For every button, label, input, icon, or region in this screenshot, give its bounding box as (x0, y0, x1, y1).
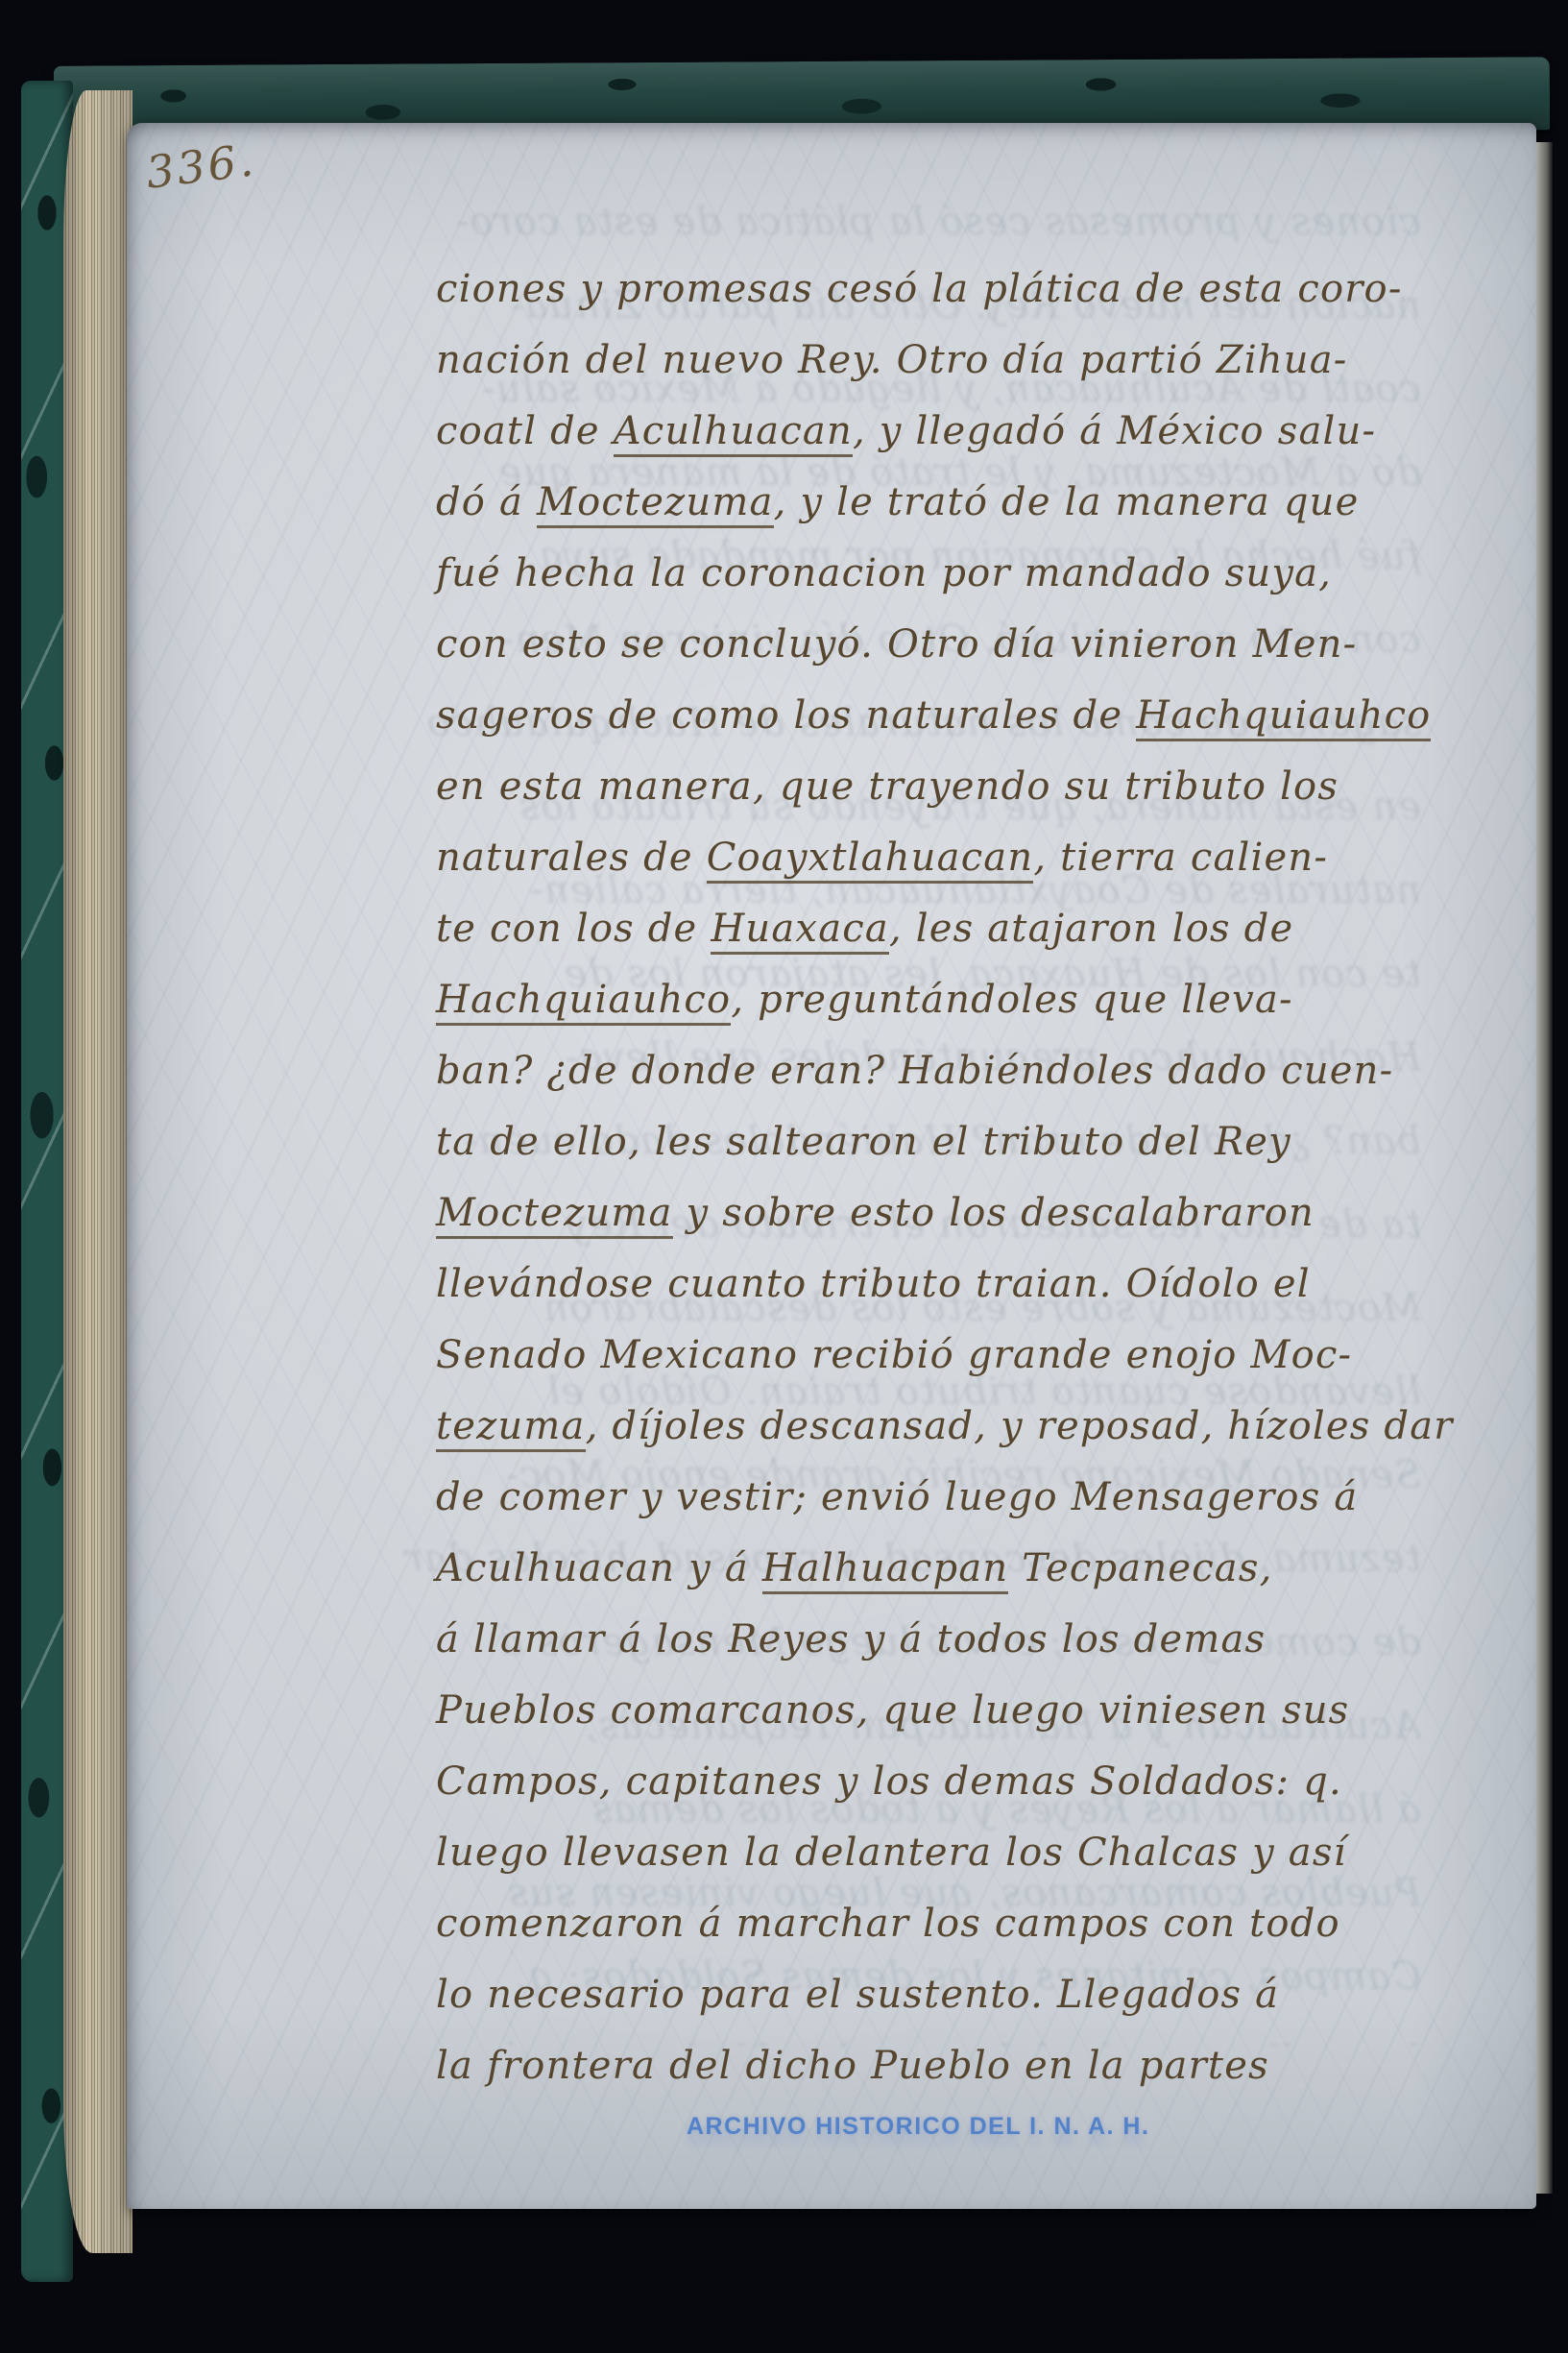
manuscript-line: ta de ello, les saltearon el tributo del… (436, 1106, 1550, 1177)
manuscript-line: con esto se concluyó. Otro día vinieron … (436, 609, 1550, 680)
manuscript-line: lo necesario para el sustento. Llegados … (436, 1959, 1550, 2030)
manuscript-line: la frontera del dicho Pueblo en la parte… (436, 2030, 1550, 2101)
page-fore-edge-right (1536, 142, 1553, 2194)
underlined-word: Hachquiauhco (436, 978, 731, 1026)
underlined-word: Aculhuacan (614, 409, 853, 457)
manuscript-line: te con los de Huaxaca, les atajaron los … (436, 893, 1550, 964)
manuscript-line: Pueblos comarcanos, que luego viniesen s… (436, 1675, 1550, 1746)
manuscript-line: sageros de como los naturales de Hachqui… (436, 680, 1550, 751)
manuscript-line: comenzaron á marchar los campos con todo (436, 1888, 1550, 1959)
manuscript-line: Aculhuacan y á Halhuacpan Tecpanecas, (436, 1533, 1550, 1604)
manuscript-line: luego llevasen la delantera los Chalcas … (436, 1817, 1550, 1888)
manuscript-line: naturales de Coayxtlahuacan, tierra cali… (436, 822, 1550, 893)
manuscript-page: ciones y promesas cesó la plática de est… (127, 123, 1536, 2209)
manuscript-line: fué hecha la coronacion por mandado suya… (436, 538, 1550, 609)
manuscript-line: Senado Mexicano recibió grande enojo Moc… (436, 1320, 1550, 1391)
stacked-page-edges (63, 90, 133, 2253)
manuscript-line: de comer y vestir; envió luego Mensagero… (436, 1462, 1550, 1533)
underlined-word: Halhuacpan (762, 1546, 1009, 1594)
page-number: 336. (143, 133, 258, 199)
underlined-word: Hachquiauhco (1136, 693, 1431, 741)
manuscript-line: Moctezuma y sobre esto los descalabraron (436, 1177, 1550, 1249)
manuscript-line: tezuma, díjoles descansad, y reposad, hí… (436, 1391, 1550, 1462)
underlined-word: tezuma (436, 1404, 586, 1452)
manuscript-line: llevándose cuanto tributo traian. Oídolo… (436, 1249, 1550, 1320)
manuscript-line: ban? ¿de donde eran? Habiéndoles dado cu… (436, 1035, 1550, 1106)
underlined-word: Coayxtlahuacan (707, 836, 1034, 884)
photo-backdrop: { "document": { "page_number": "336.", "… (0, 0, 1568, 2353)
manuscript-line: nación del nuevo Rey. Otro día partió Zi… (436, 325, 1550, 396)
manuscript-text: ciones y promesas cesó la plática de est… (436, 254, 1550, 2101)
underlined-word: Moctezuma (537, 480, 774, 528)
underlined-word: Moctezuma (436, 1191, 673, 1239)
underlined-word: Huaxaca (711, 907, 889, 955)
manuscript-line: coatl de Aculhuacan, y llegadó á México … (436, 396, 1550, 467)
manuscript-line: ciones y promesas cesó la plática de est… (436, 254, 1550, 325)
manuscript-line: en esta manera, que trayendo su tributo … (436, 751, 1550, 822)
manuscript-line: Hachquiauhco, preguntándoles que lleva- (436, 964, 1550, 1035)
manuscript-line: Campos, capitanes y los demas Soldados: … (436, 1746, 1550, 1817)
manuscript-line: á llamar á los Reyes y á todos los demas (436, 1604, 1550, 1675)
archive-stamp: ARCHIVO HISTORICO DEL I. N. A. H. (687, 2113, 1149, 2141)
manuscript-line: dó á Moctezuma, y le trató de la manera … (436, 467, 1550, 538)
